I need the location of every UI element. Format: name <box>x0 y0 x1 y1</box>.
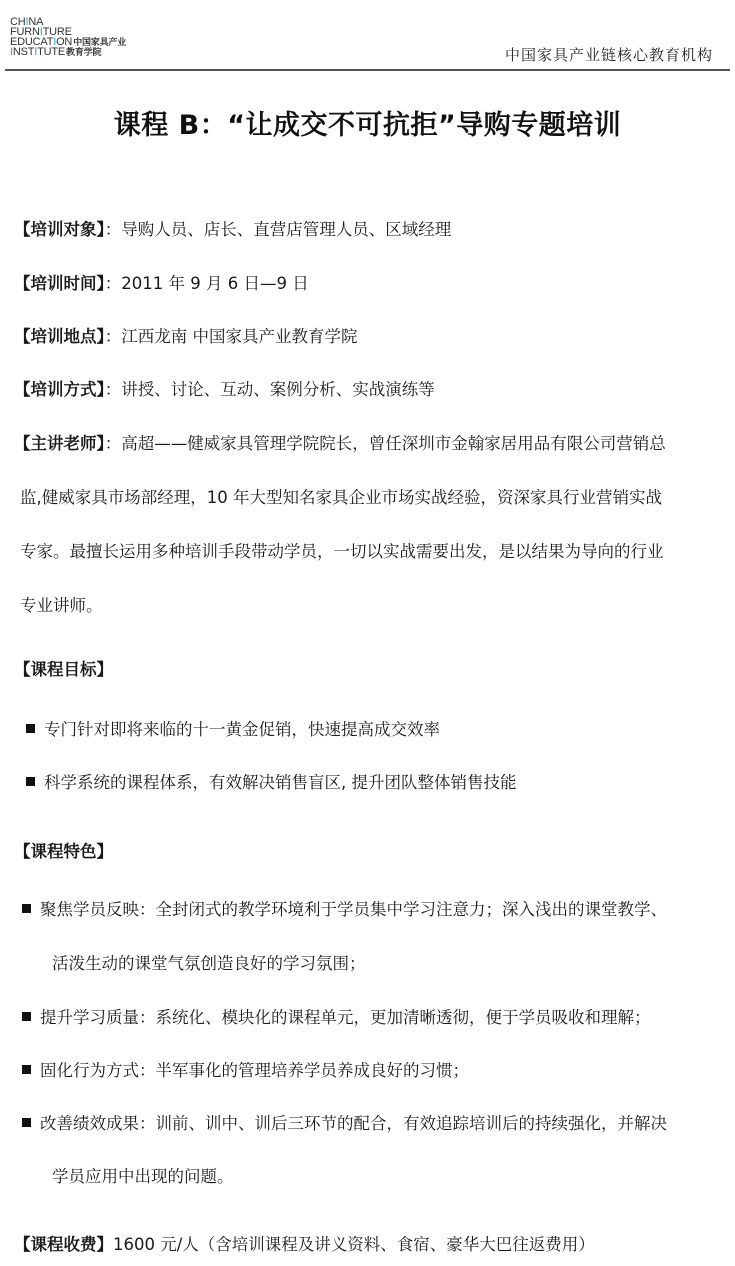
goals-heading: 【课程目标】 <box>14 656 113 680</box>
field-value: ：导购人员、店长、直营店管理人员、区域经理 <box>105 220 452 239</box>
goal-item: 科学系统的课程体系，有效解决销售盲区, 提升团队整体销售技能 <box>26 769 517 793</box>
feature-item: 固化行为方式：半军事化的管理培养学员养成良好的习惯； <box>22 1057 469 1081</box>
bullet-square-icon <box>26 777 35 786</box>
feature-item-continuation: 学员应用中出现的问题。 <box>52 1163 234 1187</box>
bullet-square-icon <box>22 904 31 913</box>
course-fee: 【课程收费】1600 元/人（含培训课程及讲义资料、食宿、豪华大巴往返费用） <box>14 1231 595 1255</box>
field-value: ：讲授、讨论、互动、案例分析、实战演练等 <box>105 380 435 399</box>
fee-label: 【课程收费】 <box>14 1235 113 1254</box>
logo-line-institute: INSTITUTE教育学院 <box>10 47 126 57</box>
fee-value: 1600 元/人（含培训课程及讲义资料、食宿、豪华大巴往返费用） <box>113 1235 595 1254</box>
feature-item: 提升学习质量：系统化、模块化的课程单元，更加清晰透彻，便于学员吸收和理解； <box>22 1004 651 1028</box>
goal-item: 专门针对即将来临的十一黄金促销，快速提高成交效率 <box>26 716 440 740</box>
feature-item: 聚焦学员反映：全封闭式的教学环境利于学员集中学习注意力；深入浅出的课堂教学、 <box>22 896 667 920</box>
field-label: 【培训地点】 <box>14 327 105 346</box>
field-location: 【培训地点】：江西龙南 中国家具产业教育学院 <box>14 323 358 347</box>
field-label: 【培训时间】 <box>14 274 105 293</box>
bullet-square-icon <box>22 1065 31 1074</box>
field-label: 【主讲老师】 <box>14 434 105 453</box>
header-divider <box>5 69 730 71</box>
bullet-square-icon <box>22 1118 31 1127</box>
lecturer-bio-line: 专业讲师。 <box>20 592 103 616</box>
field-lecturer: 【主讲老师】：高超——健威家具管理学院院长，曾任深圳市金翰家居用品有限公司营销总 <box>14 430 666 454</box>
field-audience: 【培训对象】：导购人员、店长、直营店管理人员、区域经理 <box>14 216 451 240</box>
lecturer-bio-line: 专家。最擅长运用多种培训手段带动学员，一切以实战需要出发，是以结果为导向的行业 <box>20 538 664 562</box>
features-heading: 【课程特色】 <box>14 838 113 862</box>
field-value: ：江西龙南 中国家具产业教育学院 <box>105 327 358 346</box>
institute-logo: CHINA FURNITURE EDUCATION中国家具产业 INSTITUT… <box>10 17 126 57</box>
field-value: ：2011 年 9 月 6 日—9 日 <box>105 274 309 293</box>
lecturer-bio-line: 监,健威家具市场部经理，10 年大型知名家具企业市场实战经验，资深家具行业营销实… <box>20 484 662 508</box>
org-tagline: 中国家具产业链核心教育机构 <box>505 44 713 65</box>
field-time: 【培训时间】：2011 年 9 月 6 日—9 日 <box>14 270 309 294</box>
feature-item-continuation: 活泼生动的课堂气氛创造良好的学习氛围； <box>52 950 366 974</box>
field-label: 【培训方式】 <box>14 380 105 399</box>
bullet-square-icon <box>26 724 35 733</box>
bullet-square-icon <box>22 1012 31 1021</box>
field-value: ：高超——健威家具管理学院院长，曾任深圳市金翰家居用品有限公司营销总 <box>105 434 666 453</box>
feature-item: 改善绩效成果：训前、训中、训后三环节的配合，有效追踪培训后的持续强化，并解决 <box>22 1110 667 1134</box>
page-title: 课程 B：“让成交不可抗拒”导购专题培训 <box>0 103 735 142</box>
field-label: 【培训对象】 <box>14 220 105 239</box>
field-method: 【培训方式】：讲授、讨论、互动、案例分析、实战演练等 <box>14 376 435 400</box>
